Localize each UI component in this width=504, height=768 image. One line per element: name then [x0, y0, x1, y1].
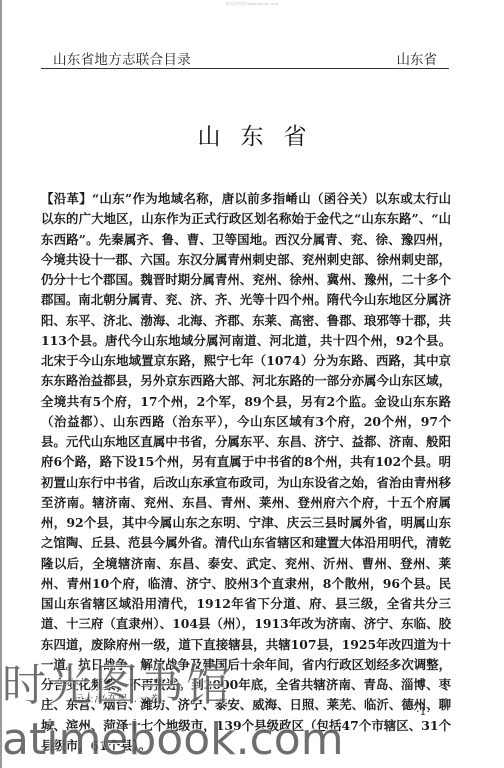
running-head: 山东省地方志联合目录 山东省 [41, 46, 449, 69]
watermark-url: atimebook.com [2, 718, 344, 762]
running-head-book-title: 山东省地方志联合目录 [53, 48, 191, 68]
page-number: ·1· [416, 705, 430, 718]
watermark-chinese: 时光图书馆 [2, 664, 232, 708]
section-label: 【沿革】 [41, 191, 92, 206]
page-title: 山东省 [0, 118, 504, 151]
top-watermark: 时光图书馆 atimebook.com [0, 1, 504, 7]
running-head-section: 山东省 [397, 48, 438, 68]
page-left-border [0, 0, 2, 768]
